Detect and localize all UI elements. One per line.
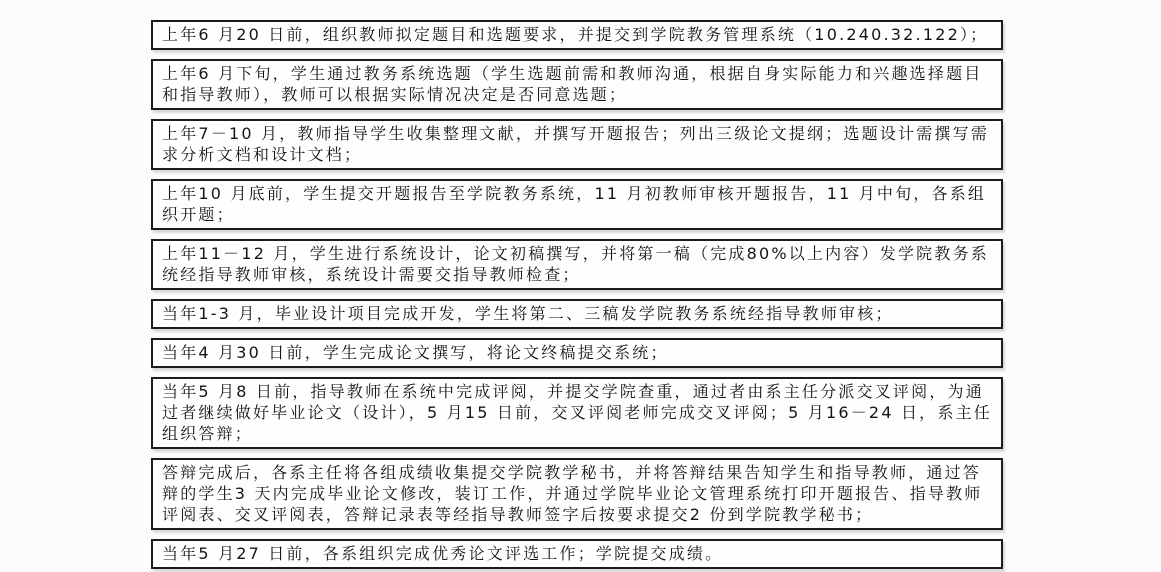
timeline-box-topic-submission: 上年6 月20 日前，组织教师拟定题目和选题要求，并提交到学院教务管理系统（10… <box>151 20 1003 50</box>
timeline-box-text: 上年6 月20 日前，组织教师拟定题目和选题要求，并提交到学院教务管理系统（10… <box>162 24 994 45</box>
timeline-box-project-development: 当年1-3 月，毕业设计项目完成开发，学生将第二、三稿发学院教务系统经指导教师审… <box>151 299 1003 329</box>
timeline-box-text: 当年5 月27 日前，各系组织完成优秀论文评选工作；学院提交成绩。 <box>162 543 994 564</box>
timeline-box-review-defense: 当年5 月8 日前，指导教师在系统中完成评阅，并提交学院查重，通过者由系主任分派… <box>151 377 1003 449</box>
timeline-box-text: 上年7－10 月，教师指导学生收集整理文献，并撰写开题报告；列出三级论文提纲；选… <box>162 123 994 165</box>
timeline-box-system-design-first-draft: 上年11－12 月，学生进行系统设计，论文初稿撰写，并将第一稿（完成80%以上内… <box>151 239 1003 290</box>
timeline-box-proposal-report: 上年10 月底前，学生提交开题报告至学院教务系统，11 月初教师审核开题报告，1… <box>151 179 1003 230</box>
timeline-box-final-draft: 当年4 月30 日前，学生完成论文撰写，将论文终稿提交系统； <box>151 338 1003 368</box>
timeline-box-text: 上年11－12 月，学生进行系统设计，论文初稿撰写，并将第一稿（完成80%以上内… <box>162 243 994 285</box>
timeline-box-list: 上年6 月20 日前，组织教师拟定题目和选题要求，并提交到学院教务管理系统（10… <box>151 20 1003 572</box>
timeline-box-text: 当年5 月8 日前，指导教师在系统中完成评阅，并提交学院查重，通过者由系主任分派… <box>162 381 994 444</box>
timeline-box-literature-outline: 上年7－10 月，教师指导学生收集整理文献，并撰写开题报告；列出三级论文提纲；选… <box>151 119 1003 170</box>
timeline-box-topic-selection: 上年6 月下旬，学生通过教务系统选题（学生选题前需和教师沟通，根据自身实际能力和… <box>151 59 1003 110</box>
timeline-box-text: 答辩完成后，各系主任将各组成绩收集提交学院教学秘书，并将答辩结果告知学生和指导教… <box>162 462 994 525</box>
timeline-box-text: 当年4 月30 日前，学生完成论文撰写，将论文终稿提交系统； <box>162 342 994 363</box>
timeline-box-excellent-thesis-selection: 当年5 月27 日前，各系组织完成优秀论文评选工作；学院提交成绩。 <box>151 539 1003 569</box>
timeline-box-text: 上年10 月底前，学生提交开题报告至学院教务系统，11 月初教师审核开题报告，1… <box>162 183 994 225</box>
timeline-box-text: 当年1-3 月，毕业设计项目完成开发，学生将第二、三稿发学院教务系统经指导教师审… <box>162 303 994 324</box>
timeline-box-after-defense: 答辩完成后，各系主任将各组成绩收集提交学院教学秘书，并将答辩结果告知学生和指导教… <box>151 458 1003 530</box>
timeline-box-text: 上年6 月下旬，学生通过教务系统选题（学生选题前需和教师沟通，根据自身实际能力和… <box>162 63 994 105</box>
document-scan: 上年6 月20 日前，组织教师拟定题目和选题要求，并提交到学院教务管理系统（10… <box>0 0 1161 572</box>
